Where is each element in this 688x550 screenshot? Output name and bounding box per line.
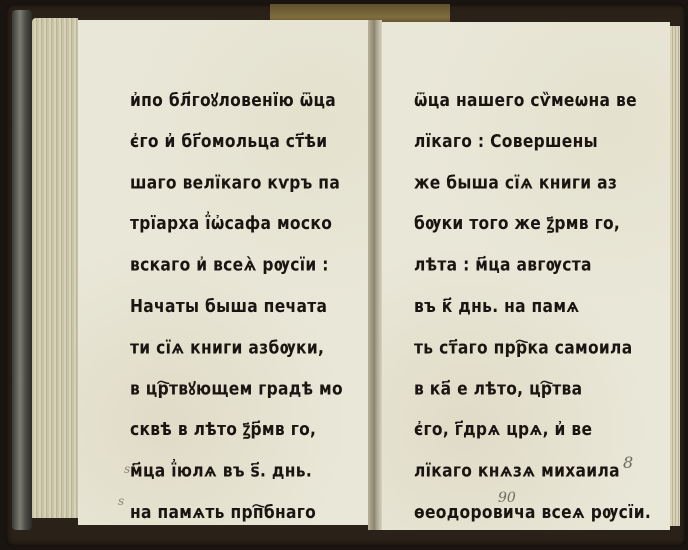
- gutter: [368, 20, 382, 530]
- text-line: шаго велїкаго кѵръ па: [130, 162, 360, 203]
- text-line: лїкаго : Совершены: [414, 121, 664, 162]
- text-line: сквѣ в лѣто ꙁ҃р҃мв го,: [130, 410, 360, 451]
- text-line: и҆по бл҃гоꙋловенїю ѿца: [130, 80, 360, 121]
- text-line: лѣта : м҃ца авгѹста: [414, 245, 664, 286]
- text-line: же быша сїѧ книги аз: [414, 162, 664, 203]
- binding-spine-edge: [12, 10, 32, 530]
- text-line: є҆го и҆ бг҃омольца ст҃ѣи: [130, 121, 360, 162]
- left-page-text: и҆по бл҃гоꙋловенїю ѿца є҆го и҆ бг҃омольц…: [130, 80, 360, 533]
- text-line: бѹки того же ꙁ҃рмв го,: [414, 204, 664, 245]
- text-line: в цр҇твꙋющем градѣ мо: [130, 368, 360, 409]
- text-line: м҃ца ї҆юлѧ въ ѕ҃. днь.: [130, 451, 360, 492]
- text-line: в ка҃ е лѣто, цр҇тва: [414, 368, 664, 409]
- page-block-left: [32, 18, 78, 518]
- text-line: ти сїѧ книги азбѹки,: [130, 327, 360, 368]
- text-line: є҆го, г҃дрѧ црѧ, и҆ ве: [414, 410, 664, 451]
- text-line: ѳеодоровича всеѧ рѹсїи.: [414, 492, 664, 533]
- text-line: ѿца нашего сѷмеѡна ве: [414, 80, 664, 121]
- marginal-mark: 8: [623, 453, 633, 472]
- pencil-folio-number: 90: [498, 490, 516, 506]
- text-line: вскаго и҆ всеѧ̀ рѹсїи :: [130, 245, 360, 286]
- text-line: ть ст҃аго прр҇ка самоила: [414, 327, 664, 368]
- marginal-mark: ѕ: [124, 462, 130, 476]
- text-line: Начаты быша печата: [130, 286, 360, 327]
- text-line: въ к҃ днь. на памѧ: [414, 286, 664, 327]
- page-block-right: [670, 26, 680, 526]
- text-line: трїарха ї҆ѡ҆сафа моско: [130, 204, 360, 245]
- marginal-mark: ѕ: [118, 494, 124, 508]
- text-line: на памѧть прп҇бнаго: [130, 492, 360, 533]
